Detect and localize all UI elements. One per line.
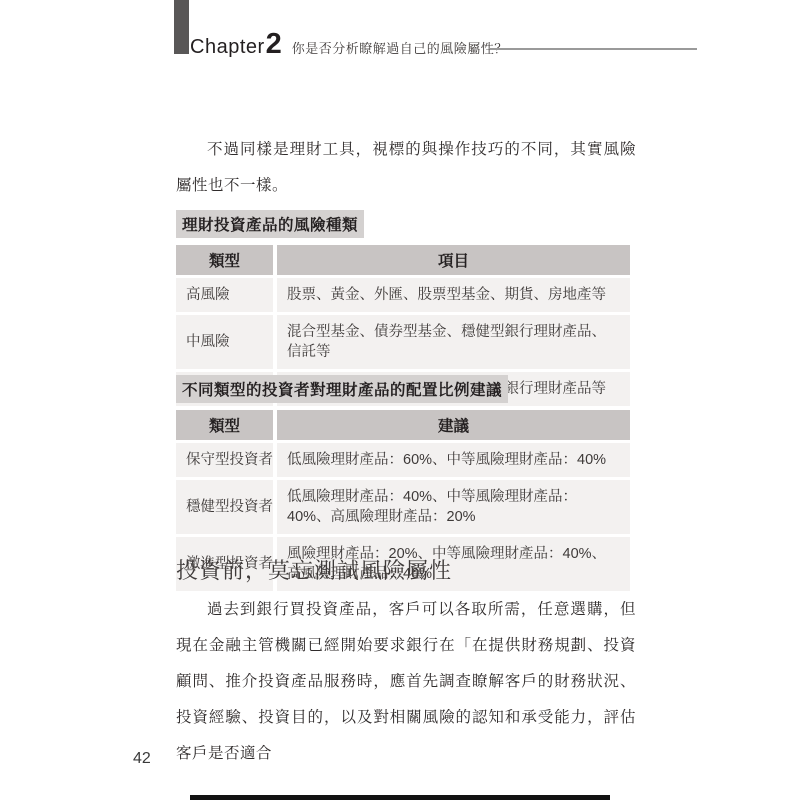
- footer-bar: [190, 795, 610, 800]
- book-page: Chapter2 你是否分析瞭解過自己的風險屬性？ 不過同樣是理財工具，視標的與…: [0, 0, 800, 800]
- investor-type-cell: 保守型投資者: [176, 443, 273, 477]
- items-cell: 混合型基金、債券型基金、穩健型銀行理財產品、信託等: [277, 315, 630, 369]
- table-row: 穩健型投資者 低風險理財產品：40%、中等風險理財產品：40%、高風險理財產品：…: [176, 480, 630, 534]
- page-number: 42: [133, 750, 151, 768]
- advice-cell: 低風險理財產品：40%、中等風險理財產品：40%、高風險理財產品：20%: [277, 480, 630, 534]
- type-column-header: 類型: [176, 410, 273, 440]
- items-column-header: 項目: [277, 245, 630, 275]
- table-header-row: 類型 建議: [176, 410, 630, 440]
- type-column-header: 類型: [176, 245, 273, 275]
- table-header-row: 類型 項目: [176, 245, 630, 275]
- items-cell: 股票、黃金、外匯、股票型基金、期貨、房地產等: [277, 278, 630, 312]
- header-rule: [490, 48, 697, 50]
- advice-column-header: 建議: [277, 410, 630, 440]
- risk-types-table-title: 理財投資產品的風險種類: [176, 210, 364, 238]
- section-heading: 投資前，莫忘測試風險屬性: [176, 554, 452, 585]
- chapter-marker-bar: [174, 0, 189, 54]
- chapter-number: 2: [266, 28, 282, 61]
- table-row: 保守型投資者 低風險理財產品：60%、中等風險理財產品：40%: [176, 443, 630, 477]
- section-paragraph: 過去到銀行買投資產品，客戶可以各取所需，任意選購，但現在金融主管機關已經開始要求…: [176, 592, 636, 772]
- intro-paragraph: 不過同樣是理財工具，視標的與操作技巧的不同，其實風險屬性也不一樣。: [176, 132, 636, 204]
- advice-cell: 低風險理財產品：60%、中等風險理財產品：40%: [277, 443, 630, 477]
- table-row: 中風險 混合型基金、債券型基金、穩健型銀行理財產品、信託等: [176, 315, 630, 369]
- chapter-label: Chapter: [190, 36, 265, 59]
- risk-level-cell: 高風險: [176, 278, 273, 312]
- allocation-advice-table-title: 不同類型的投資者對理財產品的配置比例建議: [176, 375, 508, 403]
- chapter-heading: Chapter2 你是否分析瞭解過自己的風險屬性？: [190, 28, 508, 61]
- investor-type-cell: 穩健型投資者: [176, 480, 273, 534]
- chapter-title: 你是否分析瞭解過自己的風險屬性？: [292, 38, 508, 57]
- risk-level-cell: 中風險: [176, 315, 273, 369]
- table-row: 高風險 股票、黃金、外匯、股票型基金、期貨、房地產等: [176, 278, 630, 312]
